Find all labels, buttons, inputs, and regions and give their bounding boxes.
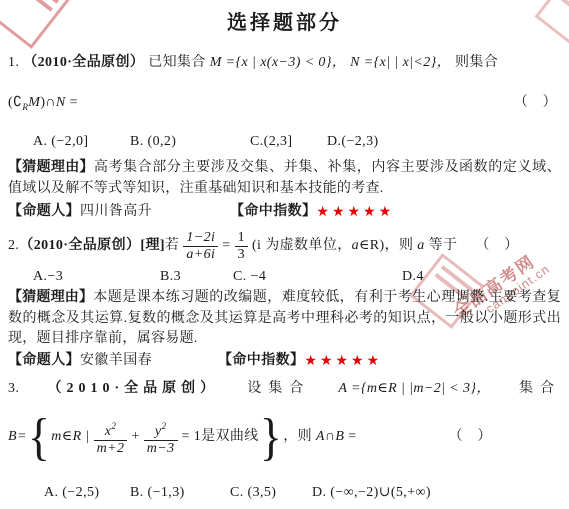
fraction-denominator: m−3	[144, 440, 178, 457]
fraction-denominator: a+6i	[183, 246, 218, 263]
problem-2-condition-text: (i 为虚数单位，a∈R)，则 a 等于	[252, 235, 457, 257]
problem-2-meta: 【命题人】安徽羊国春 【命中指数】★★★★★	[8, 350, 561, 370]
problem-1-options: A. (−2,0] B. (0,2) C.(2,3] D.(−2,3)	[8, 131, 561, 151]
problem-1-source: （2010·全品原创）	[23, 55, 144, 70]
problem-1-meta: 【命题人】四川昝高升 【命中指数】★★★★★	[8, 201, 561, 221]
variable-a: a	[417, 238, 424, 253]
author-block: 【命题人】四川昝高升	[8, 201, 152, 223]
set-M-variable: M	[210, 55, 222, 70]
conclusion-text: ，则	[283, 429, 316, 444]
equals-sign: =	[222, 235, 230, 257]
problem-1-stem-line-1: 1. （2010·全品原创） 已知集合 M ={x | x(x−3) < 0}，…	[8, 52, 561, 74]
problem-1-tail-text: 则集合	[455, 55, 498, 70]
problem-1-stem-line-2: (∁RM)∩N = （ ）	[8, 92, 561, 118]
set-B-variable: B=	[8, 426, 27, 448]
numerator-exponent: 2	[111, 421, 116, 431]
problem-1-reason: 【猜题理由】高考集合部分主要涉及交集、并集、补集，内容主要涉及函数的定义域、值域…	[8, 158, 561, 199]
numerator-exponent: 2	[161, 421, 166, 431]
option-c: C. (3,5)	[230, 482, 276, 504]
author-block: 【命题人】安徽羊国春	[8, 350, 152, 372]
problem-1-lead-text: 已知集合	[148, 55, 206, 70]
fraction-numerator: x2	[102, 418, 120, 440]
set-B-lead: m∈R |	[51, 426, 89, 448]
set-N-definition: ={x| | x|<2}，	[360, 55, 451, 70]
problem-3-number: 3.	[8, 378, 19, 400]
problem-3-lead-text: 设集合	[247, 378, 310, 400]
fraction-x: x2m+2	[94, 418, 128, 457]
variable-B: B	[335, 429, 344, 444]
set-A-expression: A ={m∈R | |m−2| < 3}，	[338, 378, 490, 400]
hit-index-stars: ★★★★★	[304, 354, 382, 369]
intersect-symbol: ∩	[325, 429, 336, 444]
option-a: A.−3	[33, 266, 63, 288]
option-b: B.3	[160, 266, 181, 288]
answer-bracket: （ ）	[449, 426, 492, 448]
answer-bracket: （ ）	[475, 235, 518, 257]
author-label: 【命题人】	[8, 353, 80, 368]
intersect-symbol: )∩	[40, 95, 56, 110]
fraction-y: y2m−3	[144, 418, 178, 457]
problem-3-tail-text: 集合	[519, 378, 561, 400]
option-c: C.(2,3]	[250, 131, 292, 153]
page-title: 选择题部分	[0, 6, 569, 35]
set-N-variable: N	[350, 55, 360, 70]
fraction-denominator: 3	[235, 246, 248, 263]
hit-index-label: 【命中指数】	[218, 353, 304, 368]
option-d: D.(−2,3)	[327, 131, 379, 153]
set-A-variable: A	[338, 381, 347, 396]
condition-part: 等于	[425, 238, 458, 253]
set-A-definition: ={m∈R | |m−2| < 3}，	[347, 381, 491, 396]
equals-sign: =	[344, 429, 356, 444]
problem-3-options: A. (−2,5) B. (−1,3) C. (3,5) D. (−∞,−2)∪…	[8, 482, 561, 502]
option-b: B. (0,2)	[130, 131, 176, 153]
set-N-symbol: N	[56, 95, 66, 110]
option-a: A. (−2,5)	[44, 482, 99, 504]
hit-index-block: 【命中指数】★★★★★	[218, 350, 382, 373]
hit-index-stars: ★★★★★	[316, 205, 394, 220]
problem-3-conclusion: ，则 A∩B =	[283, 426, 356, 448]
complement-variable: M	[28, 95, 40, 110]
complement-expression: (∁RM)∩N =	[8, 92, 78, 118]
right-brace: }	[259, 409, 283, 465]
set-B-condition: = 1是双曲线	[182, 426, 259, 448]
problem-2-number: 2.	[8, 235, 19, 257]
plus-sign: +	[131, 426, 139, 448]
answer-bracket: （ ）	[514, 92, 557, 114]
fraction-numerator: 1−2i	[183, 230, 218, 246]
author-label: 【命题人】	[8, 204, 80, 219]
complement-open: (∁	[8, 95, 22, 110]
hit-index-block: 【命中指数】★★★★★	[230, 201, 394, 224]
condition-part: ∈R)，则	[359, 238, 417, 253]
problem-2-reason: 【猜题理由】本题是课本练习题的改编题，难度较低，有利于考生心理调整.主要考查复数…	[8, 288, 561, 350]
fraction-numerator: y2	[152, 418, 170, 440]
problem-3-stem-line-2: B= { m∈R | x2m+2 + y2m−3 = 1是双曲线 } ，则 A∩…	[8, 404, 561, 470]
option-c: C. −4	[233, 266, 266, 288]
fraction-denominator: m+2	[94, 440, 128, 457]
set-M-definition: ={x | x(x−3) < 0}，	[222, 55, 346, 70]
problem-2-source: （2010·全品原创）	[19, 235, 140, 257]
reason-label: 【猜题理由】	[8, 160, 94, 175]
fraction-numerator: 1	[235, 230, 248, 246]
reason-label: 【猜题理由】	[8, 290, 93, 305]
author-name: 安徽羊国春	[80, 353, 152, 368]
problem-3-stem-line-1: 3. （2010·全品原创） 设集合 A ={m∈R | |m−2| < 3}，…	[8, 378, 561, 400]
variable-A: A	[316, 429, 325, 444]
problem-3-source: （2010·全品原创）	[47, 378, 219, 400]
author-name: 四川昝高升	[80, 204, 152, 219]
option-d: D.4	[402, 266, 424, 288]
variable-a: a	[352, 238, 359, 253]
fraction-1: 1−2ia+6i	[183, 230, 218, 263]
condition-part: (i 为虚数单位，	[252, 238, 352, 253]
problem-2-stem: 2.（2010·全品原创）[理]若 1−2ia+6i = 13 (i 为虚数单位…	[8, 224, 561, 268]
option-d: D. (−∞,−2)∪(5,+∞)	[312, 482, 431, 504]
problem-2-options: A.−3 B.3 C. −4 D.4	[8, 266, 561, 286]
problem-1-number: 1.	[8, 55, 19, 70]
fraction-2: 13	[235, 230, 248, 263]
option-b: B. (−1,3)	[130, 482, 185, 504]
problem-2-track-tag: [理]	[140, 235, 165, 257]
option-a: A. (−2,0]	[33, 131, 88, 153]
equals-sign: =	[66, 95, 78, 110]
hit-index-label: 【命中指数】	[230, 204, 316, 219]
problem-2-lead-text: 若	[165, 235, 179, 257]
left-brace: {	[27, 409, 51, 465]
